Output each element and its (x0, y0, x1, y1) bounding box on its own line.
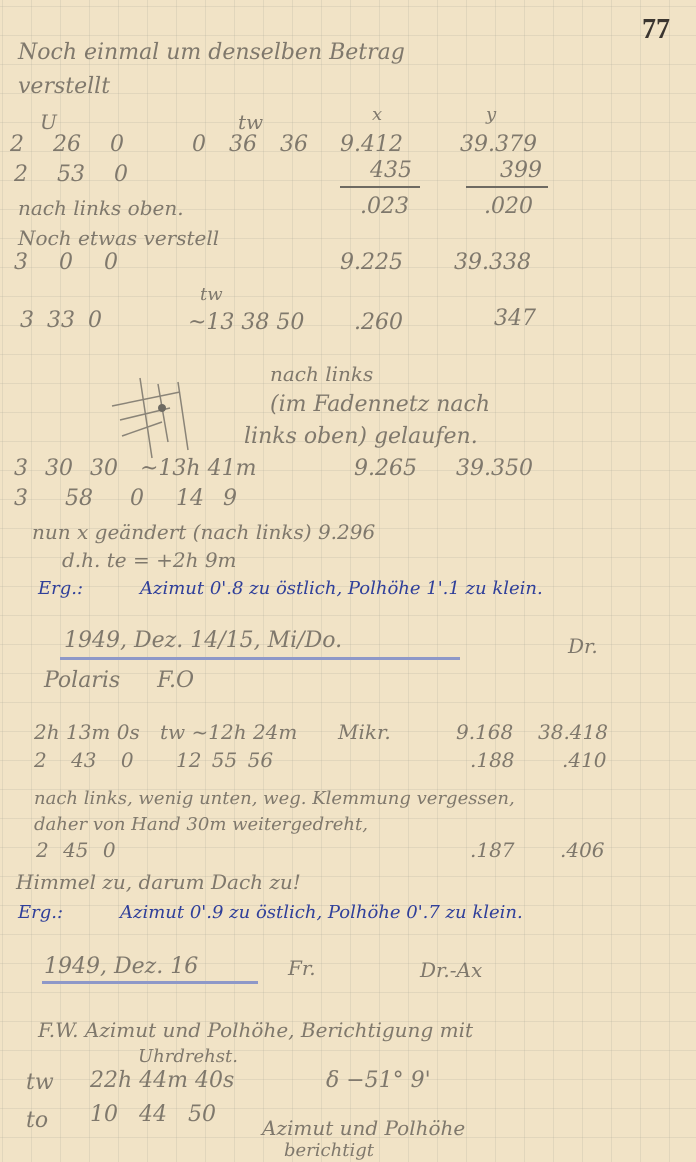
tw-value: 22h 44m 40s (90, 1068, 234, 1093)
subtraction-rule-x (340, 186, 420, 188)
note: nach links (270, 362, 373, 386)
to-value: 10 44 50 (90, 1102, 216, 1127)
row-u: 2 26 0 (10, 132, 124, 157)
note: daher von Hand 30m weitergedreht, (34, 814, 368, 835)
declination: δ −51° 9' (326, 1068, 431, 1093)
heading-underline (60, 657, 460, 660)
row-x: 9.168 (456, 720, 513, 744)
weekday: Fr. (288, 956, 316, 980)
row-tw: ~13h 41m (140, 456, 256, 481)
note: Himmel zu, darum Dach zu! (16, 870, 301, 894)
result-text: Azimut 0'.9 zu östlich, Polhöhe 0'.7 zu … (120, 902, 523, 923)
diff-y: .020 (484, 194, 533, 219)
note: nach links oben. (18, 196, 184, 220)
row-y: 39.379 (460, 132, 537, 157)
section-heading: 1949, Dez. 16 (44, 954, 198, 979)
row-x: 9.412 (340, 132, 403, 157)
to-label: to (26, 1108, 48, 1133)
intro-line-2: verstellt (18, 74, 110, 99)
note: Noch etwas verstell (18, 226, 219, 250)
row-u: 2 45 0 (36, 838, 116, 862)
result-label: Erg.: (38, 578, 83, 599)
row-y: 399 (500, 158, 542, 183)
tw-label: tw (200, 284, 223, 305)
row-u: 2 43 0 (34, 748, 134, 772)
note: Uhrdrehst. (138, 1046, 238, 1067)
row-tw: ~13 38 50 (188, 310, 304, 335)
note: links oben) gelaufen. (244, 424, 478, 449)
header-u: U (40, 110, 57, 134)
header-y: y (486, 104, 496, 125)
row-y: 39.338 (454, 250, 531, 275)
row-tw: 0 36 36 (192, 132, 308, 157)
row-tw: 14 9 (176, 486, 237, 511)
row-y: .406 (560, 838, 605, 862)
row-label: Mikr. (338, 720, 391, 744)
row-x: 435 (370, 158, 412, 183)
result-text: Azimut 0'.8 zu östlich, Polhöhe 1'.1 zu … (140, 578, 543, 599)
observer: Dr. (568, 634, 598, 658)
intro-line-1: Noch einmal um denselben Betrag (18, 40, 405, 65)
section-heading: 1949, Dez. 14/15, Mi/Do. (64, 628, 342, 653)
row-y: 347 (494, 306, 536, 331)
tw-label: tw (26, 1070, 54, 1095)
heading-underline (42, 981, 258, 984)
star-name: Polaris F.O (44, 668, 194, 693)
row-tw: tw ~12h 24m (160, 720, 297, 744)
note: (im Fadennetz nach (270, 392, 490, 417)
page-number: 77 (642, 14, 670, 46)
row-u: 2 53 0 (14, 162, 128, 187)
row-u: 3 0 0 (14, 250, 118, 275)
notebook-page: 77 Noch einmal um denselben Betrag verst… (0, 0, 696, 1162)
diff-x: .023 (360, 194, 409, 219)
row-x: .260 (354, 310, 403, 335)
result-label: Erg.: (18, 902, 63, 923)
row-u: 2h 13m 0s (34, 720, 140, 744)
note: berichtigt (284, 1140, 374, 1161)
observer: Dr.-Ax (420, 958, 482, 982)
row-x: 9.225 (340, 250, 403, 275)
row-x: .187 (470, 838, 515, 862)
note: Azimut und Polhöhe (262, 1116, 465, 1140)
subtraction-rule-y (466, 186, 548, 188)
header-x: x (372, 104, 382, 125)
reticle-sketch-icon (100, 370, 190, 460)
row-tw: 12 55 56 (176, 748, 273, 772)
row-y: .410 (562, 748, 607, 772)
note: nach links, wenig unten, weg. Klemmung v… (34, 788, 515, 809)
note: d.h. te = +2h 9m (62, 548, 237, 572)
row-u: 3 58 0 (14, 486, 144, 511)
note: nun x geändert (nach links) 9.296 (32, 520, 375, 544)
row-y: 38.418 (538, 720, 608, 744)
row-u: 3 30 30 (14, 456, 118, 481)
header-tw: tw (238, 110, 263, 134)
note: F.W. Azimut und Polhöhe, Berichtigung mi… (38, 1018, 473, 1042)
row-x: .188 (470, 748, 515, 772)
row-u: 3 33 0 (20, 308, 102, 333)
row-x: 9.265 (354, 456, 417, 481)
row-y: 39.350 (456, 456, 533, 481)
